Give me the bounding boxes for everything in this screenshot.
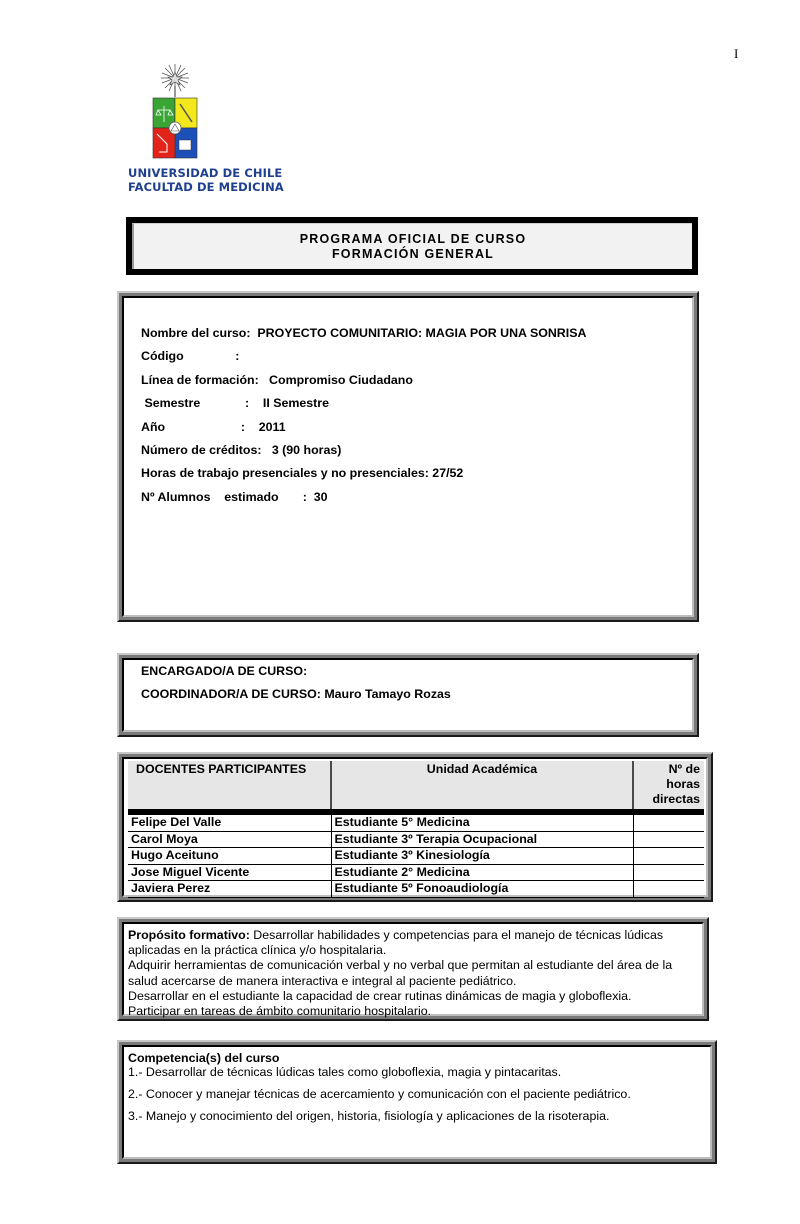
course-info-row: Número de créditos: 3 (90 horas) — [141, 443, 586, 466]
course-info-box: Nombre del curso: PROYECTO COMUNITARIO: … — [117, 291, 699, 622]
competencias-box: Competencia(s) del curso 1.- Desarrollar… — [117, 1040, 717, 1164]
column-header-horas: Nº de horas directas — [633, 761, 704, 809]
column-header-docentes: DOCENTES PARTICIPANTES — [128, 761, 331, 809]
page-number: I — [734, 46, 738, 62]
docente-name: Hugo Aceituno — [128, 848, 331, 865]
unidad-academica: Estudiante 5° Medicina — [331, 815, 633, 832]
docente-name: Felipe Del Valle — [128, 815, 331, 832]
unidad-academica: Estudiante 3º Kinesiología — [331, 848, 633, 865]
document-subtitle: FORMACIÓN GENERAL — [134, 247, 692, 262]
encargado-label: ENCARGADO/A DE CURSO: — [141, 664, 451, 687]
competencias-title: Competencia(s) del curso — [128, 1051, 704, 1065]
table-row: Hugo AceitunoEstudiante 3º Kinesiología — [128, 848, 704, 865]
course-info-list: Nombre del curso: PROYECTO COMUNITARIO: … — [141, 326, 586, 513]
course-info-row: Año : 2011 — [141, 420, 586, 443]
horas-directas — [633, 881, 704, 898]
document-title-box: PROGRAMA OFICIAL DE CURSO FORMACIÓN GENE… — [126, 217, 698, 275]
column-header-unidad: Unidad Académica — [331, 761, 633, 809]
university-name: UNIVERSIDAD DE CHILE — [128, 166, 284, 180]
horas-directas — [633, 848, 704, 865]
coordinador-label: COORDINADOR/A DE CURSO: Mauro Tamayo Roz… — [141, 687, 451, 710]
proposito-box: Propósito formativo: Desarrollar habilid… — [117, 917, 709, 1021]
faculty-name: FACULTAD DE MEDICINA — [128, 180, 284, 194]
competencia-item: 1.- Desarrollar de técnicas lúdicas tale… — [128, 1065, 704, 1080]
docente-name: Carol Moya — [128, 831, 331, 848]
docente-name: Javiera Perez — [128, 881, 331, 898]
horas-directas — [633, 864, 704, 881]
competencia-item: 2.- Conocer y manejar técnicas de acerca… — [128, 1087, 704, 1102]
proposito-text: Propósito formativo: Desarrollar habilid… — [128, 928, 696, 1019]
docente-name: Jose Miguel Vicente — [128, 864, 331, 881]
unidad-academica: Estudiante 3º Terapia Ocupacional — [331, 831, 633, 848]
course-info-row: Horas de trabajo presenciales y no prese… — [141, 466, 586, 489]
document-title: PROGRAMA OFICIAL DE CURSO — [134, 232, 692, 247]
table-row: Javiera PerezEstudiante 5º Fonoaudiologí… — [128, 881, 704, 898]
docentes-box: DOCENTES PARTICIPANTES Unidad Académica … — [117, 752, 713, 902]
unidad-academica: Estudiante 2° Medicina — [331, 864, 633, 881]
horas-directas — [633, 815, 704, 832]
competencia-item: 3.- Manejo y conocimiento del origen, hi… — [128, 1109, 704, 1124]
docentes-table: DOCENTES PARTICIPANTES Unidad Académica … — [128, 761, 704, 898]
table-row: Carol MoyaEstudiante 3º Terapia Ocupacio… — [128, 831, 704, 848]
horas-directas — [633, 831, 704, 848]
course-info-row: Código : — [141, 349, 586, 372]
course-responsables-box: ENCARGADO/A DE CURSO: COORDINADOR/A DE C… — [117, 653, 699, 737]
university-emblem-icon — [152, 62, 198, 164]
course-info-row: Nº Alumnos estimado : 30 — [141, 490, 586, 513]
table-row: Felipe Del ValleEstudiante 5° Medicina — [128, 815, 704, 832]
table-row: Jose Miguel VicenteEstudiante 2° Medicin… — [128, 864, 704, 881]
proposito-label: Propósito formativo: — [128, 928, 250, 942]
course-info-row: Línea de formación: Compromiso Ciudadano — [141, 373, 586, 396]
course-info-row: Nombre del curso: PROYECTO COMUNITARIO: … — [141, 326, 586, 349]
course-info-row: Semestre : II Semestre — [141, 396, 586, 419]
unidad-academica: Estudiante 5º Fonoaudiología — [331, 881, 633, 898]
